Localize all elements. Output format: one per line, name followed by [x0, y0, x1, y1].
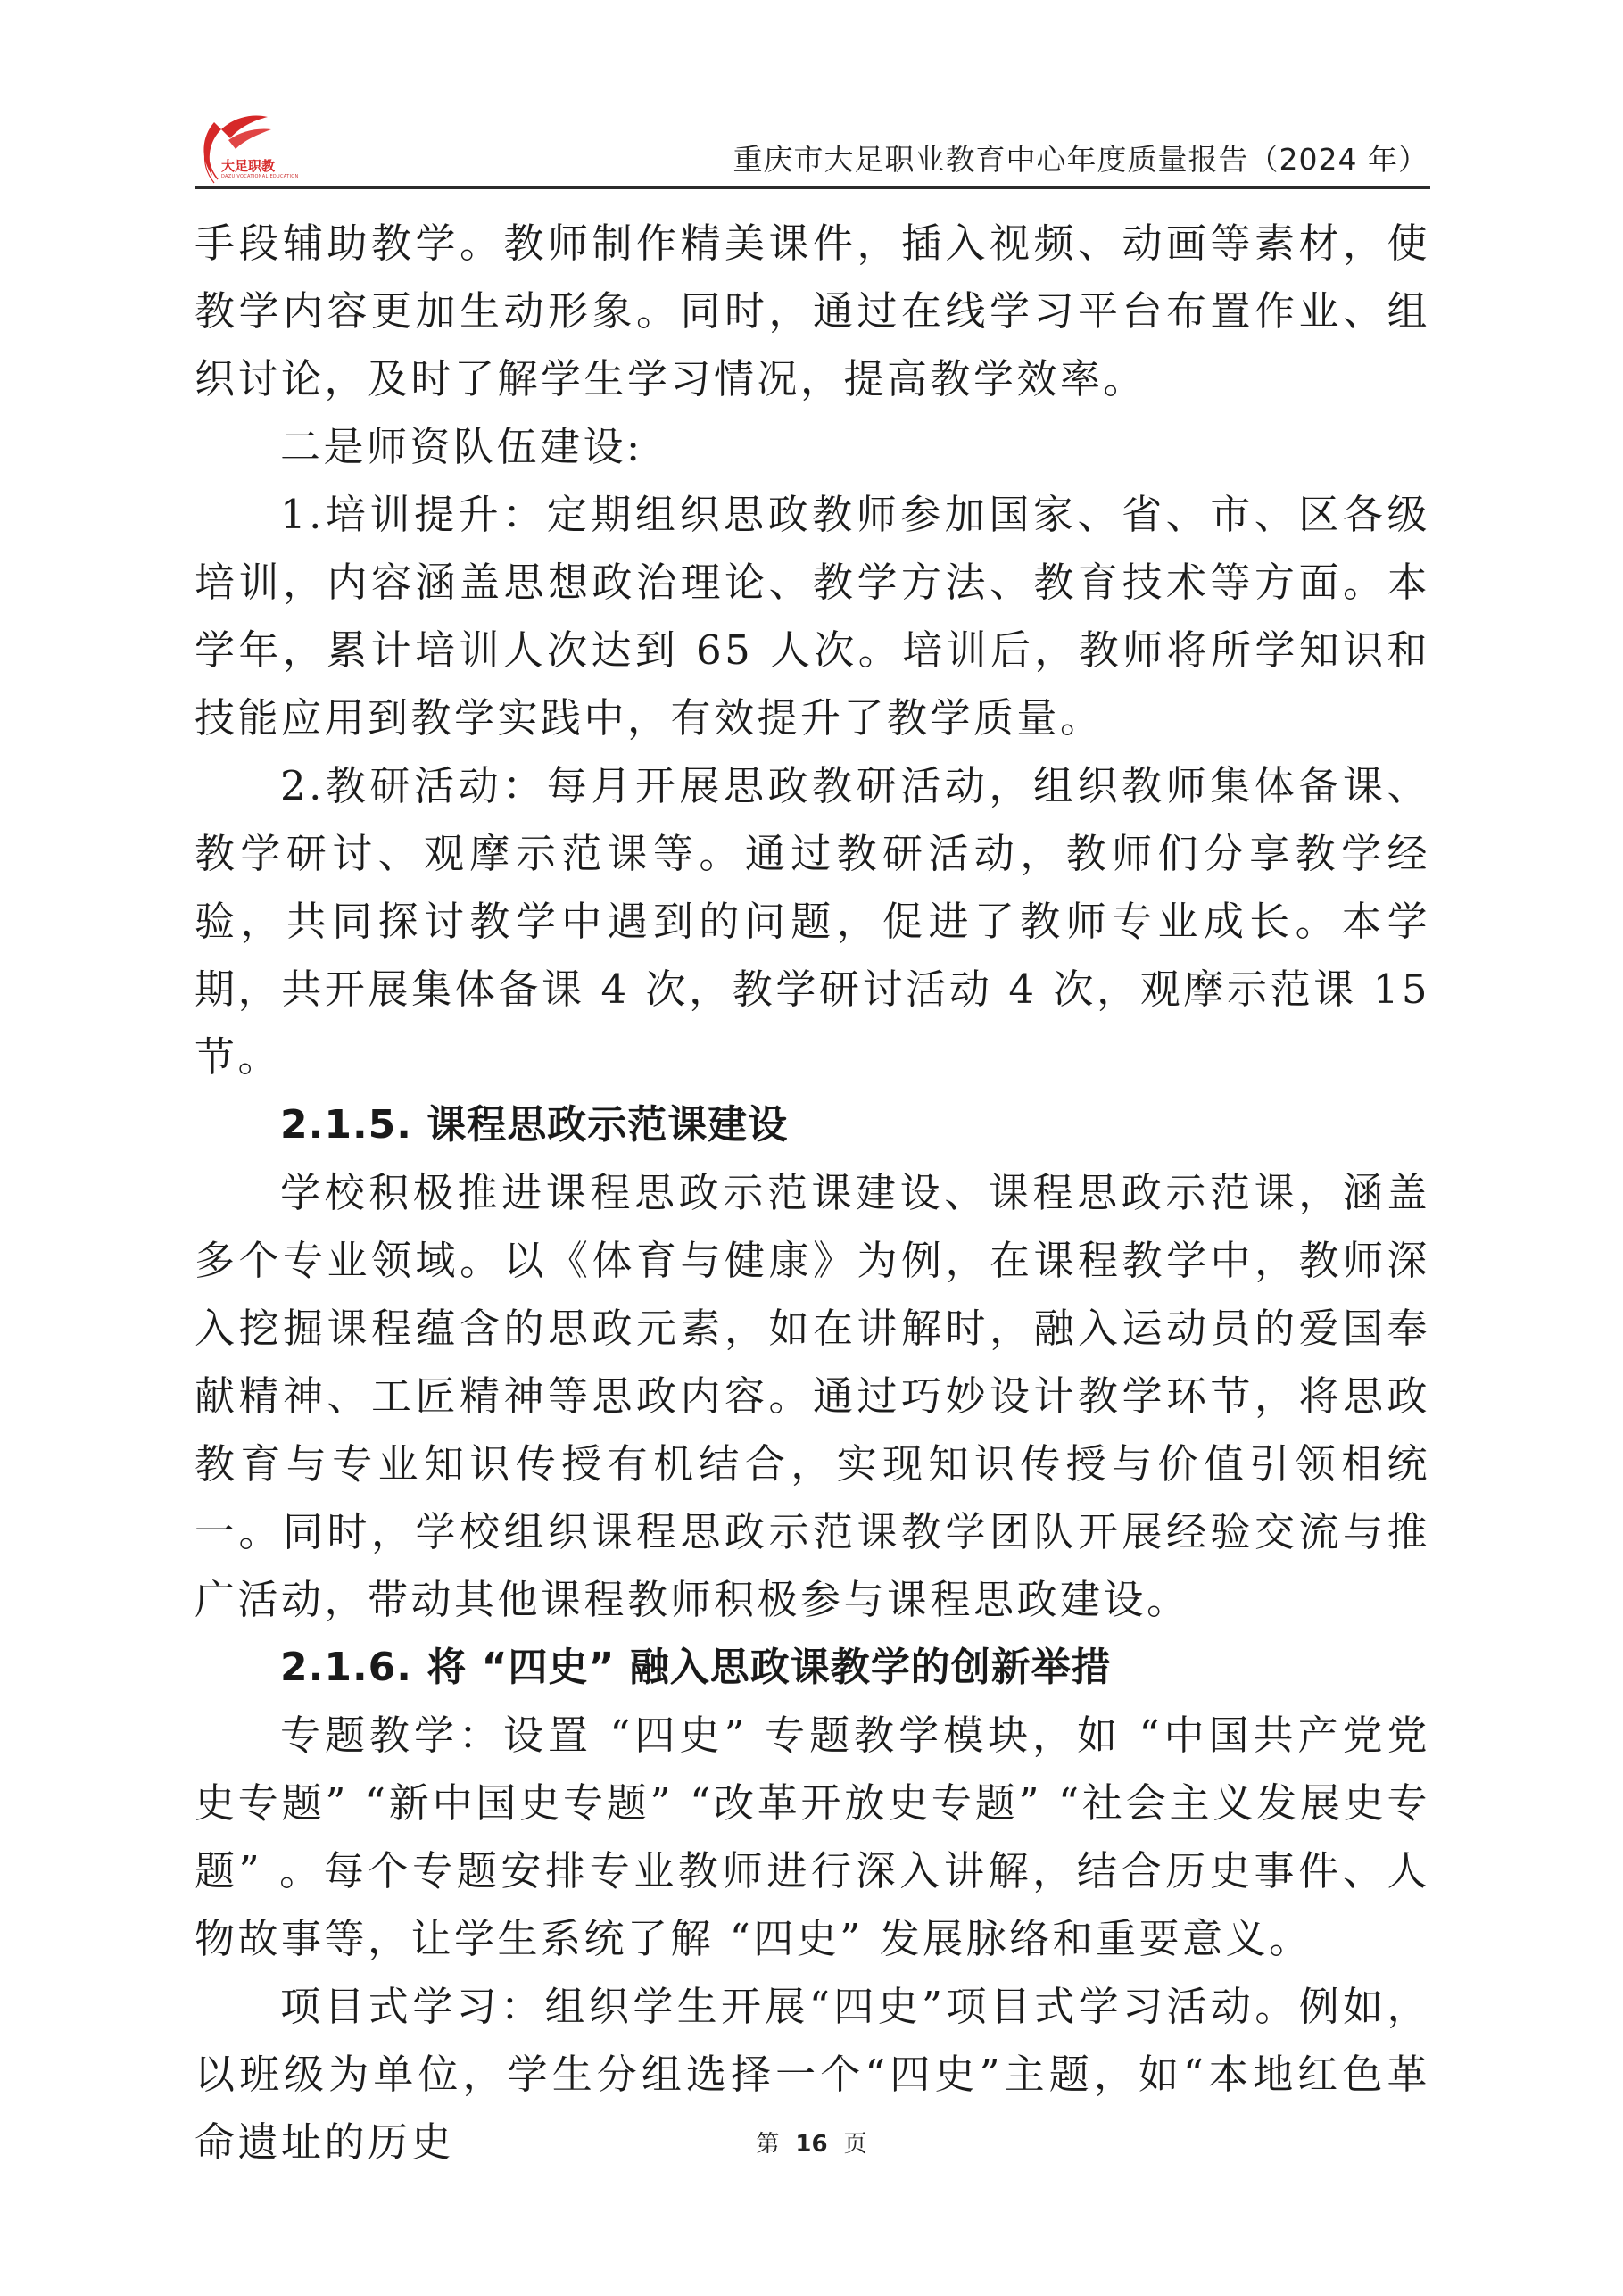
paragraph-teaching-methods: 手段辅助教学。教师制作精美课件，插入视频、动画等素材，使教学内容更加生动形象。同…	[195, 210, 1430, 413]
paragraph-teaching-research: 2.教研活动：每月开展思政教研活动，组织教师集体备课、教学研讨、观摩示范课等。通…	[195, 752, 1430, 1091]
section-heading-2-1-5: 2.1.5. 课程思政示范课建设	[195, 1091, 1430, 1159]
body-content: 手段辅助教学。教师制作精美课件，插入视频、动画等素材，使教学内容更加生动形象。同…	[195, 210, 1430, 2176]
header-divider	[195, 186, 1430, 189]
paragraph-topic-teaching: 专题教学：设置 “四史” 专题教学模块，如 “中国共产党党史专题” “新中国史专…	[195, 1702, 1430, 1973]
logo-subtitle: DAZU VOCATIONAL EDUCATION	[221, 174, 299, 179]
report-title: 重庆市大足职业教育中心年度质量报告（2024 年）	[733, 137, 1428, 178]
page-suffix: 页	[844, 2131, 867, 2158]
paragraph-training: 1.培训提升：定期组织思政教师参加国家、省、市、区各级培训，内容涵盖思想政治理论…	[195, 481, 1430, 752]
school-logo: 大足职教 DAZU VOCATIONAL EDUCATION	[195, 112, 293, 187]
logo-name: 大足职教	[221, 156, 275, 175]
document-page: 大足职教 DAZU VOCATIONAL EDUCATION 重庆市大足职业教育…	[0, 0, 1623, 2296]
page-number: 16	[795, 2131, 827, 2158]
page-footer: 第16页	[0, 2126, 1623, 2159]
section-heading-2-1-6: 2.1.6. 将 “四史” 融入思政课教学的创新举措	[195, 1634, 1430, 1702]
paragraph-faculty-heading: 二是师资队伍建设:	[195, 413, 1430, 481]
page-header: 大足职教 DAZU VOCATIONAL EDUCATION 重庆市大足职业教育…	[195, 112, 1430, 192]
page-prefix: 第	[756, 2131, 779, 2158]
paragraph-demo-courses: 学校积极推进课程思政示范课建设、课程思政示范课，涵盖多个专业领域。以《体育与健康…	[195, 1159, 1430, 1634]
